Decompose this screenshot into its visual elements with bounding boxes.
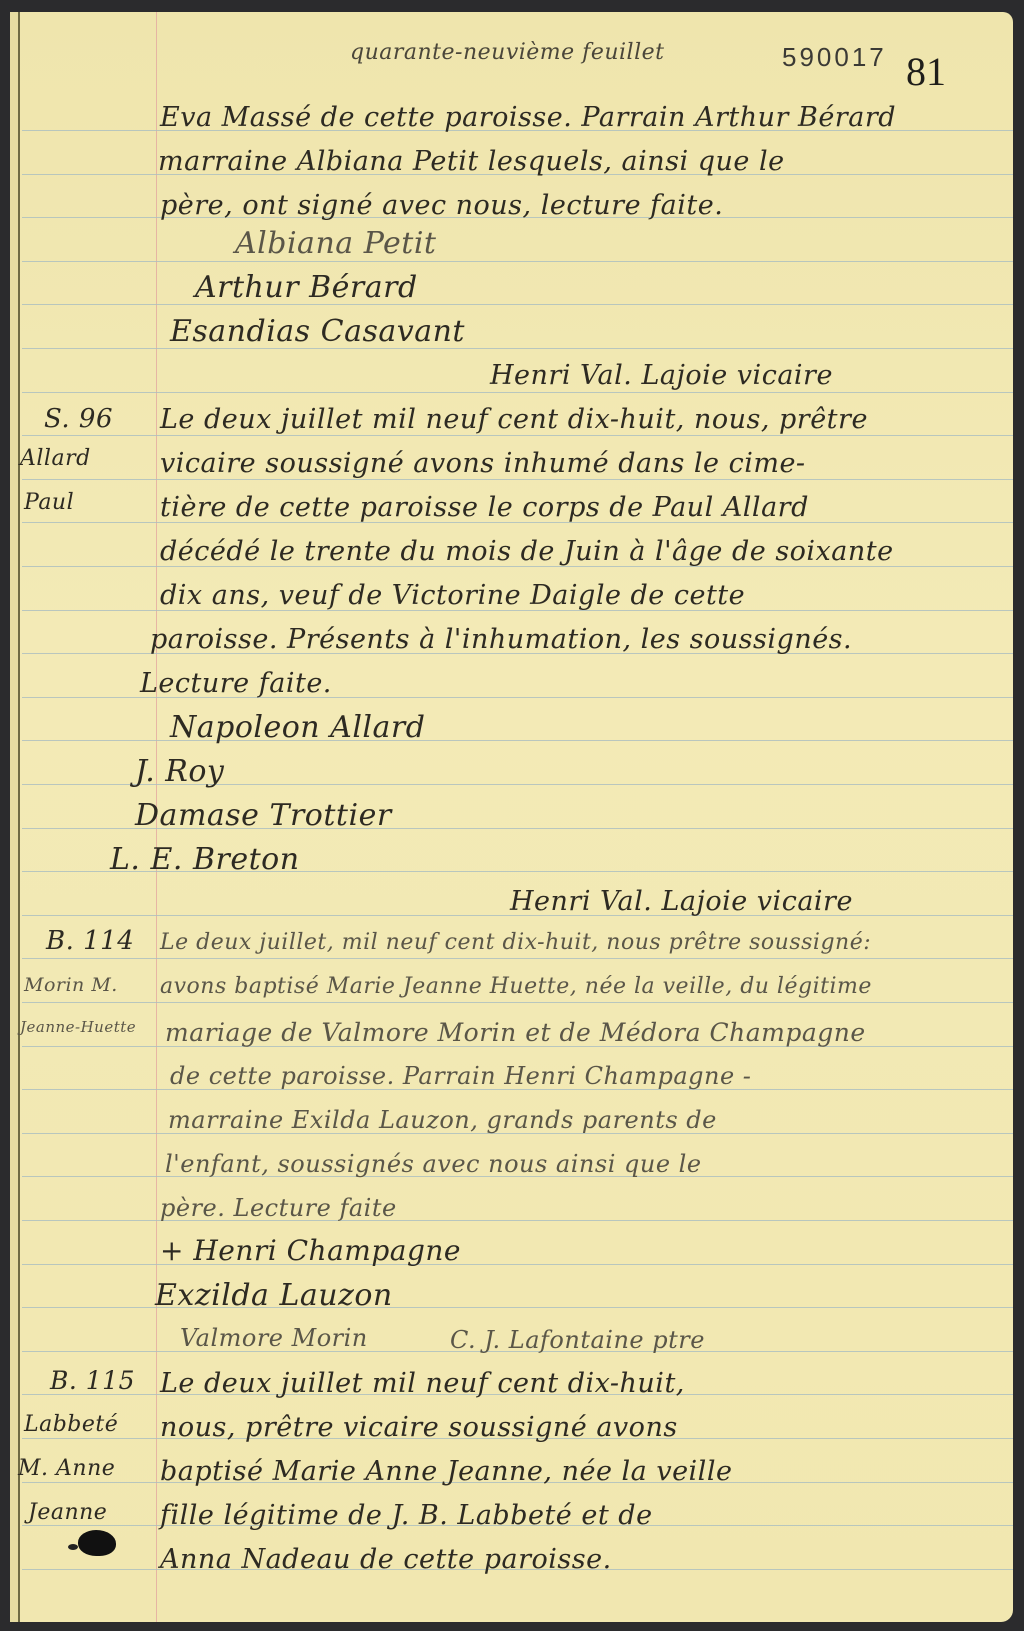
- text-line: Le deux juillet mil neuf cent dix-huit,: [160, 1368, 685, 1399]
- text-line: tière de cette paroisse le corps de Paul…: [160, 492, 809, 523]
- signature: Napoleon Allard: [170, 710, 425, 745]
- signature: Albiana Petit: [235, 226, 437, 261]
- text-line: père. Lecture faite: [160, 1194, 397, 1222]
- text-line: Le deux juillet, mil neuf cent dix-huit,…: [160, 930, 871, 955]
- scan-frame: quarante-neuvième feuillet 590017 81 Eva…: [0, 0, 1024, 1631]
- text-line: marraine Exilda Lauzon, grands parents d…: [168, 1106, 717, 1134]
- text-line: avons baptisé Marie Jeanne Huette, née l…: [160, 974, 872, 999]
- ruled-line: [22, 435, 1013, 436]
- signature: Esandias Casavant: [170, 314, 465, 349]
- margin-surname: Morin M.: [24, 974, 118, 996]
- text-line: Eva Massé de cette paroisse. Parrain Art…: [160, 102, 896, 133]
- stamp-number: 590017: [782, 42, 887, 73]
- officiant-signature: Henri Val. Lajoie vicaire: [510, 886, 853, 917]
- text-line: de cette paroisse. Parrain Henri Champag…: [170, 1062, 751, 1090]
- ink-blot: [68, 1544, 78, 1550]
- signature: Damase Trottier: [135, 798, 392, 833]
- signature: L. E. Breton: [110, 842, 300, 877]
- text-line: Le deux juillet mil neuf cent dix-huit, …: [160, 404, 868, 435]
- text-line: père, ont signé avec nous, lecture faite…: [160, 190, 723, 221]
- ink-blot: [78, 1530, 116, 1556]
- ruled-line: [22, 1002, 1013, 1003]
- text-line: dix ans, veuf de Victorine Daigle de cet…: [160, 580, 745, 611]
- text-line: l'enfant, soussignés avec nous ainsi que…: [165, 1150, 702, 1178]
- text-line: baptisé Marie Anne Jeanne, née la veille: [160, 1456, 732, 1487]
- ruled-line: [22, 392, 1013, 393]
- margin-given-name: M. Anne: [18, 1456, 115, 1481]
- text-line: Lecture faite.: [140, 668, 332, 699]
- signature: J. Roy: [135, 754, 224, 789]
- officiant-signature: C. J. Lafontaine ptre: [450, 1326, 705, 1354]
- text-line: nous, prêtre vicaire soussigné avons: [160, 1412, 678, 1443]
- ruled-line: [22, 261, 1013, 262]
- folio-number: 81: [906, 48, 946, 95]
- text-line: mariage de Valmore Morin et de Médora Ch…: [165, 1018, 866, 1047]
- margin-given-name: Jeanne: [28, 1500, 107, 1525]
- text-line: vicaire soussigné avons inhumé dans le c…: [160, 448, 806, 479]
- signature: Exzilda Lauzon: [155, 1278, 393, 1313]
- entry-number: B. 115: [50, 1366, 135, 1395]
- text-line: décédé le trente du mois de Juin à l'âge…: [160, 536, 894, 567]
- text-line: marraine Albiana Petit lesquels, ainsi q…: [158, 146, 785, 177]
- entry-number: B. 114: [46, 926, 134, 956]
- margin-surname: Labbeté: [24, 1412, 118, 1437]
- page-binding-edge: [10, 12, 20, 1622]
- margin-given-name: Jeanne-Huette: [20, 1018, 136, 1036]
- signature: Arthur Bérard: [195, 270, 418, 305]
- signature: + Henri Champagne: [160, 1234, 461, 1267]
- ruled-line: [22, 958, 1013, 959]
- header-note: quarante-neuvième feuillet: [350, 40, 664, 65]
- text-line: Anna Nadeau de cette paroisse.: [160, 1544, 612, 1575]
- officiant-signature: Henri Val. Lajoie vicaire: [490, 360, 833, 391]
- entry-number: S. 96: [44, 404, 113, 434]
- margin-surname: Allard: [20, 446, 91, 471]
- ruled-line: [22, 304, 1013, 305]
- text-line: paroisse. Présents à l'inhumation, les s…: [150, 624, 852, 655]
- signature: Valmore Morin: [180, 1324, 368, 1352]
- text-line: fille légitime de J. B. Labbeté et de: [160, 1500, 653, 1531]
- margin-given-name: Paul: [24, 490, 74, 515]
- register-page: quarante-neuvième feuillet 590017 81 Eva…: [10, 12, 1013, 1622]
